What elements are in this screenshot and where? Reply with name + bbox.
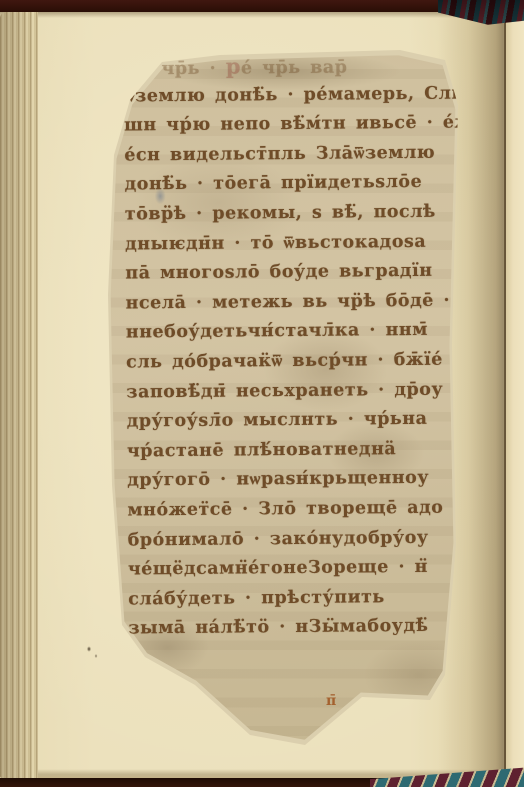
manuscript-line: сль до́брачак̈ѿ вьср́чн · бж̄їе́ (126, 345, 460, 378)
manuscript-line: шн чр́ю непо вѣ̈м́тн ивьсе̄ · е́же (124, 109, 458, 142)
manuscript-line: бро́нимало̄ · зако́нудобру́оу (128, 523, 462, 556)
manuscript-line: зыма̄ на́лѣ̈тӧ · нЗӹмабоудѣ̈ (128, 612, 462, 645)
red-ink-initial: р (226, 53, 241, 78)
manuscript-line: донѣ̈ь · то̄ега̄ прїидетьѕло̄е (124, 168, 458, 201)
manuscript-line: то̄вр̈ѣ · рекомы, ѕ вѣ̈, послѣ (125, 198, 459, 231)
manuscript-line: ѿземлю донѣ̈ь · ре́мамерь, Сли (124, 79, 458, 112)
manuscript-leaf: чр̄ь · ре́ чр̄ь вар̄ѿземлю донѣ̈ь · ре́м… (100, 45, 465, 750)
manuscript-line: ннебоу́детьчн́стачл̄ка · ннм̄ (126, 316, 460, 349)
manuscript-line: нсела̄ · метежь вь чр̈ѣ бо̄де̄ · (125, 286, 459, 319)
page-fore-edges (0, 12, 38, 778)
manuscript-line: мно́жет̈се̄ · Зло̄ твореще̄ адо (127, 493, 461, 526)
manuscript-line: е́сн видельст̄пль Зла̄ѿземлю (124, 138, 458, 171)
manuscript-line: дру́гого̄ · нѡраѕн́крьщенноу (127, 464, 461, 497)
book-photo: чр̄ь · ре́ чр̄ь вар̄ѿземлю донѣ̈ь · ре́м… (0, 0, 524, 787)
manuscript-line: сла́бу́деть · прѣсту́пить (128, 582, 462, 615)
manuscript-line: чр́астане̄ плѣ́новатнеднӓ (127, 434, 461, 467)
facing-page-edge (506, 12, 524, 778)
manuscript-line: дру́гоу́ѕл̄о мыслнть · чр́ьна (127, 405, 461, 438)
manuscript-line: заповѣ̈дн̄ несьхранеть · др̄оу (126, 375, 460, 408)
manuscript-line: па̄ многоѕло̄ боу́де вьградїн (125, 257, 459, 290)
manuscript-text: чр̄ь · ре́ чр̄ь вар̄ѿземлю донѣ̈ь · ре́м… (123, 50, 462, 645)
manuscript-line: дныѥдн̄н · то̄ ѿвьстокадоѕа (125, 227, 459, 260)
quire-number-mark: п̄ (326, 693, 337, 709)
manuscript-line: че́щёдсамн̈е́гонеЗореще · н̈ (128, 553, 462, 586)
